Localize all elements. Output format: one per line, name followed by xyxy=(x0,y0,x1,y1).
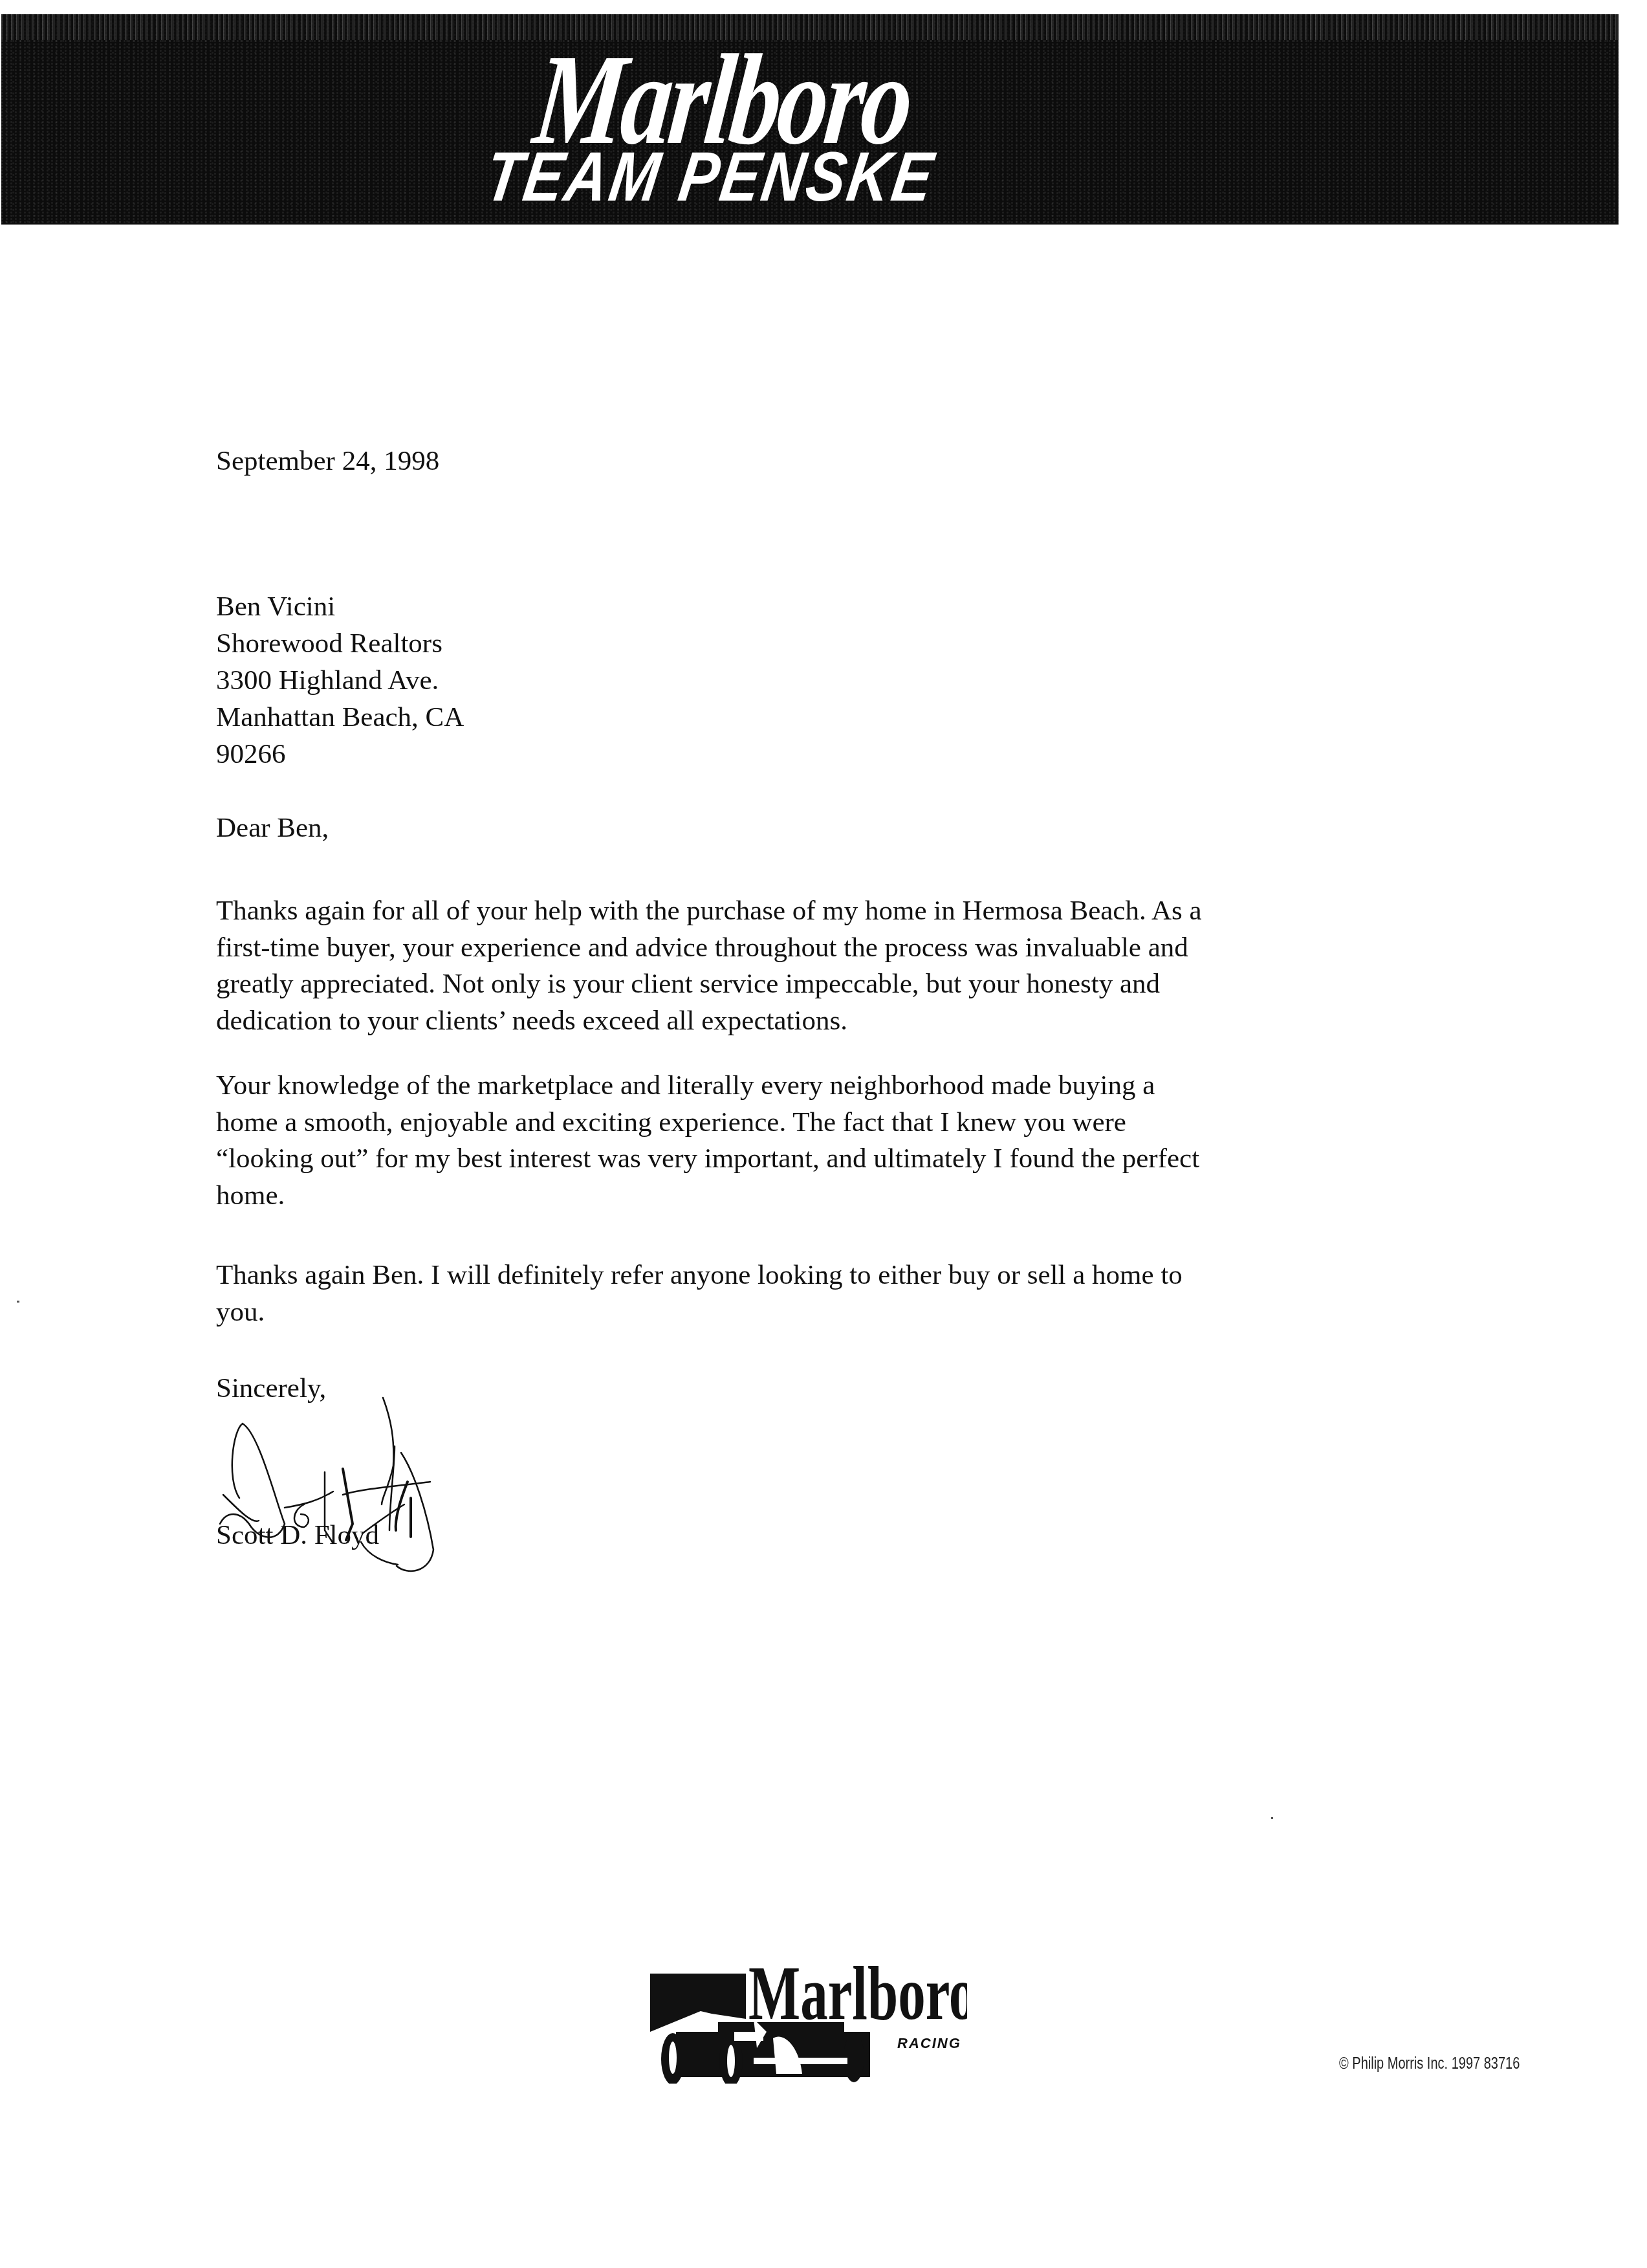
paragraph-line: home a smooth, enjoyable and exciting ex… xyxy=(216,1105,1497,1141)
paragraph-line: dedication to your clients’ needs exceed… xyxy=(216,1003,1497,1040)
letter-date: September 24, 1998 xyxy=(216,443,439,479)
letterhead-team-name: TEAM PENSKE xyxy=(481,141,940,212)
scan-speck xyxy=(17,1301,19,1303)
paragraph-line: home. xyxy=(216,1178,1497,1215)
signature-name: Scott D. Floyd xyxy=(216,1517,379,1554)
copyright-notice: © Philip Morris Inc. 1997 83716 xyxy=(1339,2054,1520,2073)
recipient-street: 3300 Highland Ave. xyxy=(216,663,439,699)
body-paragraph-1: Thanks again for all of your help with t… xyxy=(216,893,1497,1039)
paragraph-line: Thanks again Ben. I will definitely refe… xyxy=(216,1257,1497,1294)
salutation: Dear Ben, xyxy=(216,810,329,846)
scan-speck xyxy=(1271,1817,1273,1819)
recipient-company: Shorewood Realtors xyxy=(216,626,442,662)
paragraph-line: greatly appreciated. Not only is your cl… xyxy=(216,966,1497,1003)
body-paragraph-2: Your knowledge of the marketplace and li… xyxy=(216,1068,1497,1214)
paragraph-line: you. xyxy=(216,1294,1497,1331)
paragraph-line: Your knowledge of the marketplace and li… xyxy=(216,1068,1497,1105)
recipient-zip: 90266 xyxy=(216,736,286,773)
paragraph-line: Thanks again for all of your help with t… xyxy=(216,893,1497,930)
paragraph-line: first-time buyer, your experience and ad… xyxy=(216,930,1497,967)
marlboro-racing-logo: Marlboro RACING xyxy=(644,1941,967,2084)
recipient-city: Manhattan Beach, CA xyxy=(216,699,464,736)
recipient-name: Ben Vicini xyxy=(216,589,335,625)
paragraph-line: “looking out” for my best interest was v… xyxy=(216,1141,1497,1178)
body-paragraph-3: Thanks again Ben. I will definitely refe… xyxy=(216,1257,1497,1330)
footer-logo-brand: Marlboro xyxy=(748,1952,967,2036)
footer-logo-sub: RACING xyxy=(897,2035,961,2051)
